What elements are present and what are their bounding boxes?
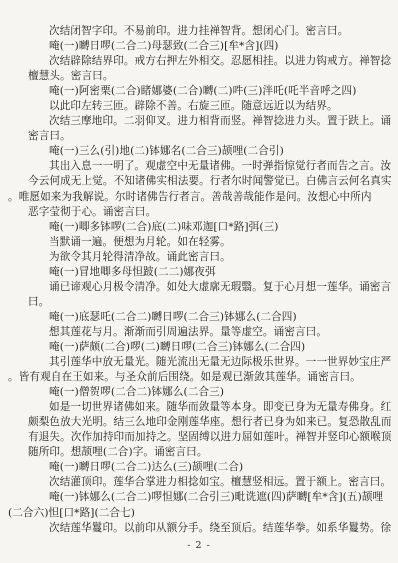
text-line: 次结灌顶印。莲华合掌进力相捻如宝。檀慧竖相远。置于额上。密言曰。: [28, 475, 394, 490]
text-line: 其引莲华中放无量光。随光流出无量无边际极乐世界。一一世界妙宝庄严: [28, 355, 394, 370]
text-line: 随所印。想颉哩(二合)字。诵密言曰。: [28, 445, 394, 460]
mantra-line: 唵(一)嚩日啰(二合二)母瑟致(二合三)[牟*含](四): [28, 39, 394, 54]
text-line: 次结莲华鬘印。以前印从额分手。绕至顶后。结莲华拳。如系华鬘势。徐: [28, 521, 394, 536]
text-line: 当默诵一遍。便想为月轮。如在轻雾。: [28, 235, 394, 250]
text-line: 次结闭智字印。不易前印。进力挂禅智背。想闭心门。密言曰。: [28, 24, 394, 39]
page-number: - 2 -: [0, 540, 398, 551]
mantra-line: 唵(一)萨颇(二合)啰(二)嚩日啰(二合三)钵娜么(二合四): [28, 340, 394, 355]
mantra-line: 唵(一)钵娜么(二合二)啰怛娜(二合引三)毗诜遮(四)萨嚩[牟*含](五)颉哩: [28, 490, 394, 505]
text-line: 密言曰。: [28, 129, 394, 144]
scanned-document-page: 次结闭智字印。不易前印。进力挂禅智背。想闭心门。密言曰。 唵(一)嚩日啰(二合二…: [0, 0, 398, 563]
text-line: 想其莲花与月。渐渐而引周遍法界。量等虚空。诵密言曰。: [28, 325, 394, 340]
text-line: 诵已谛观心月极令清净。如处大虚廓无瑕翳。复于心月想一莲华。诵密言: [28, 280, 394, 295]
text-line: 有退失。次作加持印而加持之。坚固缚以进力屈如莲叶。禅智并竖印心额喉顶: [28, 430, 394, 445]
text-line: 恶字莹彻于心。诵密言曰。: [28, 205, 394, 220]
mantra-line: 唵(一)僧贺啰(二合二)钵娜么(二合三): [28, 385, 394, 400]
text-line: 次结辟除结界印。戒方右押左外相交。忍愿相挂。以进力钩戒方。禅智捻: [28, 54, 394, 69]
text-line: 如是一切世界诸佛如来。随华而敛量等本身。即变已身为无量寿佛身。红: [28, 400, 394, 415]
text-line: 今云何成无上觉。不知诸佛实相法要。行者尔时闻警觉已。白佛言云何名真实: [28, 174, 394, 189]
text-line: 颇梨色放大光明。结三么地印金刚莲华座。想行者已身为如来已。复恐散乱而: [28, 415, 394, 430]
mantra-line: 唵(一)冒地唧多母怛跛(二二)娜夜弭: [28, 265, 394, 280]
text-line: 檀慧头。密言曰。: [28, 69, 394, 84]
mantra-line: 唵(一)底瑟吒(二合二)嚩日啰(二合三)钵娜么(二合四): [28, 310, 394, 325]
text-line: 曰。: [28, 295, 394, 310]
text-line: 。唯愿如来为我解说。尔时诸佛告行者言。善哉善哉能作是问。汝想心中所内: [8, 190, 394, 205]
mantra-line: 唵(一)阿密栗(二合)睹娜婆(二合)嚩(二)吽(三)泮吒(吒半音呼之四): [28, 84, 394, 99]
mantra-line: 唵(一)唧多钵啰(二合)底(二)味邓迦[口*路]弭(三): [28, 220, 394, 235]
text-line: 。皆有观自在王如来。与圣众前后围绕。如是观已渐敛其莲华。诵密言曰。: [8, 370, 394, 385]
mantra-line: 唵(一)嚩日啰(二合二)达么(三)颉哩(二合): [28, 460, 394, 475]
mantra-line: 唵(一)三么(引)地(二)钵娜名(二合三)颉哩(二合引): [28, 144, 394, 159]
text-line: 其出入息一一明了。观虚空中无量诸佛。一时弹指惊觉行者而告之言。汝: [28, 159, 394, 174]
mantra-line: (二合六)怛[口*路](二合七): [8, 506, 394, 521]
text-line: 次结三摩地印。二羽仰叉。进力相背而竖。禅智捻进力头。置于趺上。诵: [28, 114, 394, 129]
text-line: 以此印左转三匝。辟除不善。右旋三匝。随意远近以为结界。: [28, 99, 394, 114]
text-body: 次结闭智字印。不易前印。进力挂禅智背。想闭心门。密言曰。 唵(一)嚩日啰(二合二…: [28, 24, 394, 536]
text-line: 为欲令其月轮得清净故。诵此密言曰。: [28, 250, 394, 265]
